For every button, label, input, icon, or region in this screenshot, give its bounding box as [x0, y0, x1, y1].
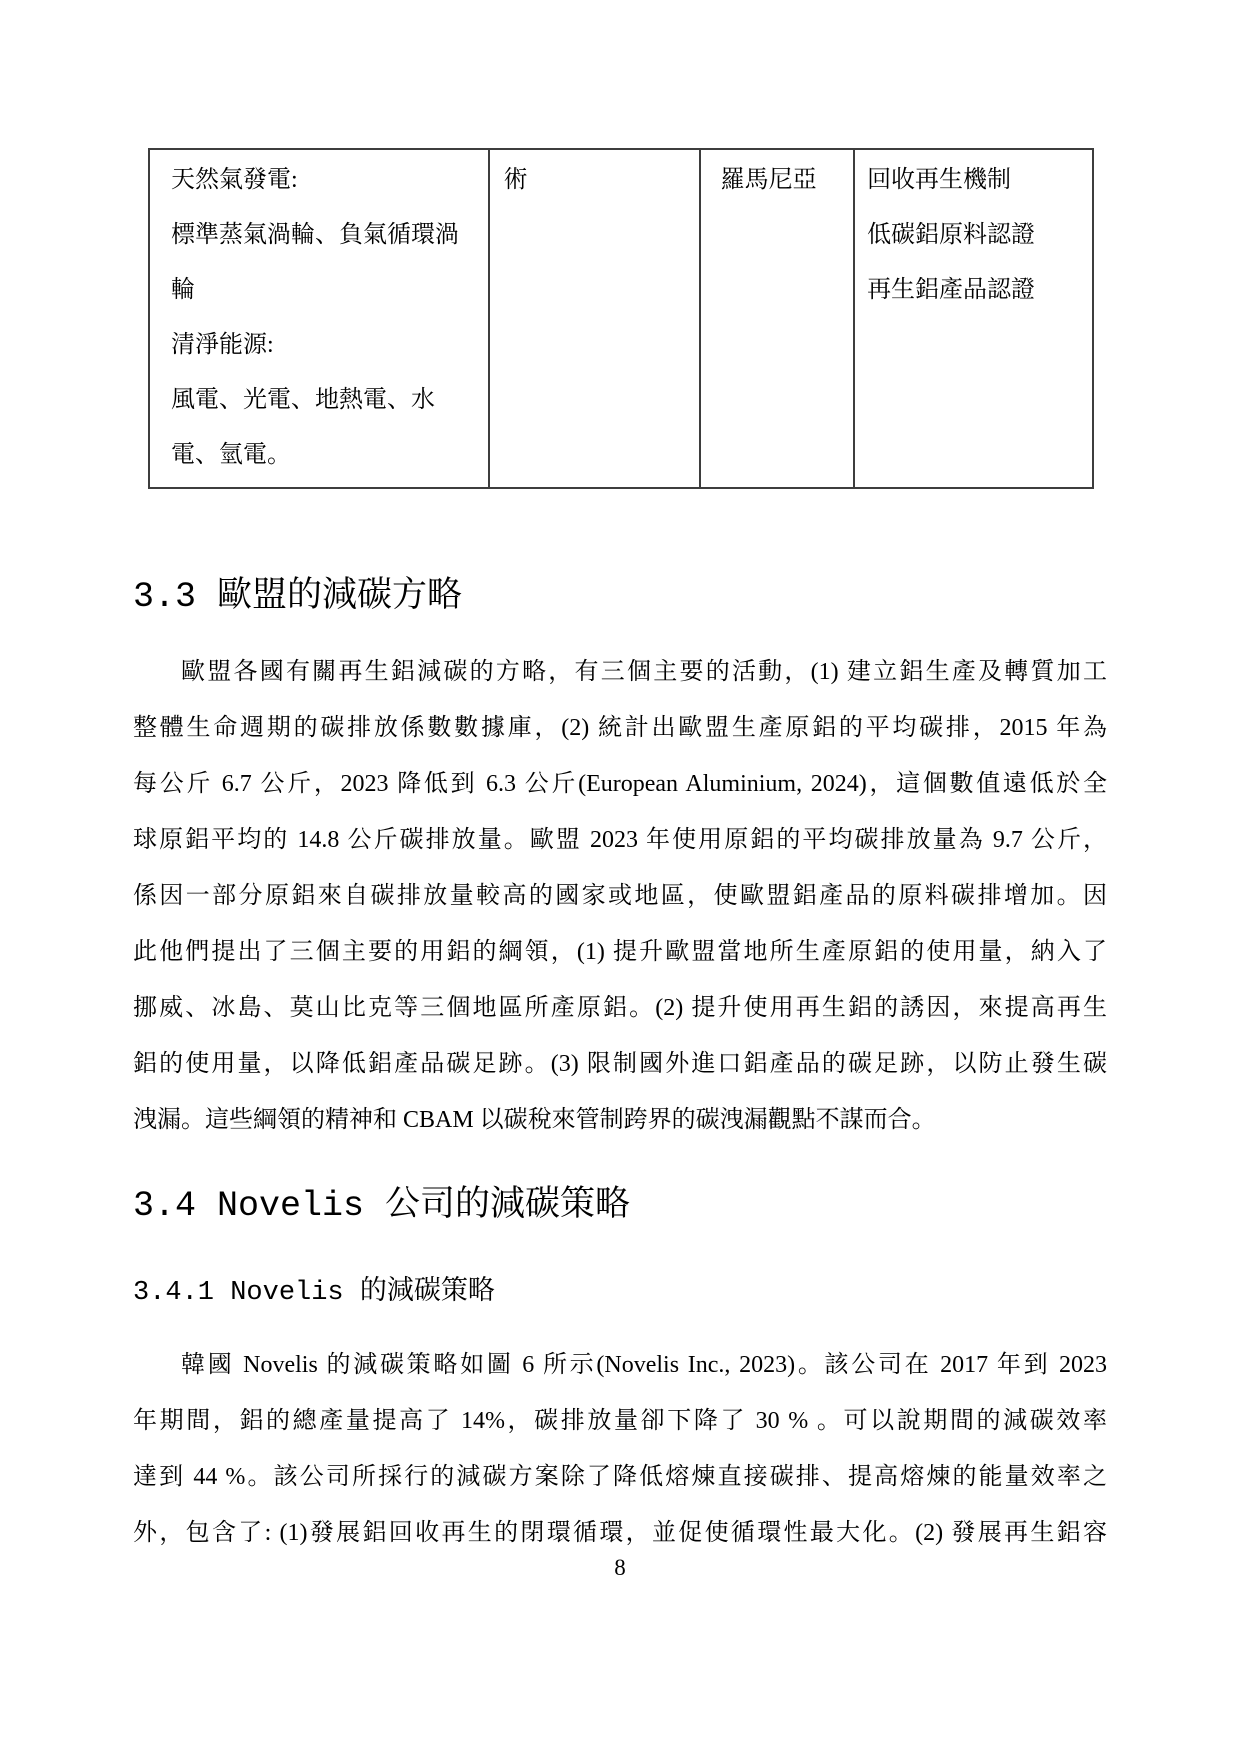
text-line: 術 — [504, 153, 699, 208]
table-cell-technology: 術 — [490, 150, 701, 487]
table-cell-mechanisms: 回收再生機制低碳鋁原料認證再生鋁產品認證 — [855, 150, 1092, 487]
document-page: 天然氣發電:標準蒸氣渦輪、負氣循環渦輪清淨能源:風電、光電、地熱電、水電、氫電。… — [0, 0, 1241, 1755]
section-heading-3-4: 3.4 Novelis 公司的減碳策略 — [133, 1183, 630, 1229]
text-line: 清淨能源: — [171, 318, 478, 373]
text-line: 再生鋁產品認證 — [867, 263, 1092, 318]
text-line: 挪威、冰島、莫山比克等三個地區所產原鋁。(2) 提升使用再生鋁的誘因，來提高再生 — [133, 980, 1107, 1036]
text-line: 年期間，鋁的總產量提高了 14%，碳排放量卻下降了 30 % 。可以說期間的減碳… — [133, 1393, 1107, 1449]
text-line: 低碳鋁原料認證 — [867, 208, 1092, 263]
text-line: 輪 — [171, 263, 478, 318]
text-line: 電、氫電。 — [171, 428, 478, 483]
page-number: 8 — [133, 1553, 1107, 1583]
text-line: 標準蒸氣渦輪、負氣循環渦 — [171, 208, 478, 263]
text-line: 整體生命週期的碳排放係數數據庫，(2) 統計出歐盟生產原鋁的平均碳排，2015 … — [133, 700, 1107, 756]
table-cell-energy-types: 天然氣發電:標準蒸氣渦輪、負氣循環渦輪清淨能源:風電、光電、地熱電、水電、氫電。 — [150, 150, 490, 487]
paragraph-3-4-1: 韓國 Novelis 的減碳策略如圖 6 所示(Novelis Inc., 20… — [133, 1337, 1107, 1561]
table-cell-country: 羅馬尼亞 — [701, 150, 855, 487]
text-line: 鋁的使用量，以降低鋁產品碳足跡。(3) 限制國外進口鋁產品的碳足跡，以防止發生碳 — [133, 1036, 1107, 1092]
text-line: 達到 44 %。該公司所採行的減碳方案除了降低熔煉直接碳排、提高熔煉的能量效率之 — [133, 1449, 1107, 1505]
section-heading-3-3: 3.3 歐盟的減碳方略 — [133, 574, 462, 620]
text-line: 此他們提出了三個主要的用鋁的綱領，(1) 提升歐盟當地所生產原鋁的使用量，納入了 — [133, 924, 1107, 980]
section-heading-3-4-1: 3.4.1 Novelis 的減碳策略 — [133, 1274, 495, 1312]
paragraph-3-3: 歐盟各國有關再生鋁減碳的方略，有三個主要的活動，(1) 建立鋁生產及轉質加工整體… — [133, 644, 1107, 1148]
text-line: 回收再生機制 — [867, 153, 1092, 208]
text-line: 風電、光電、地熱電、水 — [171, 373, 478, 428]
text-line: 羅馬尼亞 — [721, 153, 853, 208]
text-line: 每公斤 6.7 公斤，2023 降低到 6.3 公斤(European Alum… — [133, 756, 1107, 812]
text-line: 歐盟各國有關再生鋁減碳的方略，有三個主要的活動，(1) 建立鋁生產及轉質加工 — [133, 644, 1107, 700]
text-line: 天然氣發電: — [171, 153, 478, 208]
text-line: 韓國 Novelis 的減碳策略如圖 6 所示(Novelis Inc., 20… — [133, 1337, 1107, 1393]
text-line: 洩漏。這些綱領的精神和 CBAM 以碳稅來管制跨界的碳洩漏觀點不謀而合。 — [133, 1092, 1107, 1148]
energy-strategy-table: 天然氣發電:標準蒸氣渦輪、負氣循環渦輪清淨能源:風電、光電、地熱電、水電、氫電。… — [148, 148, 1094, 489]
text-line: 球原鋁平均的 14.8 公斤碳排放量。歐盟 2023 年使用原鋁的平均碳排放量為… — [133, 812, 1107, 868]
text-line: 係因一部分原鋁來自碳排放量較高的國家或地區，使歐盟鋁產品的原料碳排增加。因 — [133, 868, 1107, 924]
